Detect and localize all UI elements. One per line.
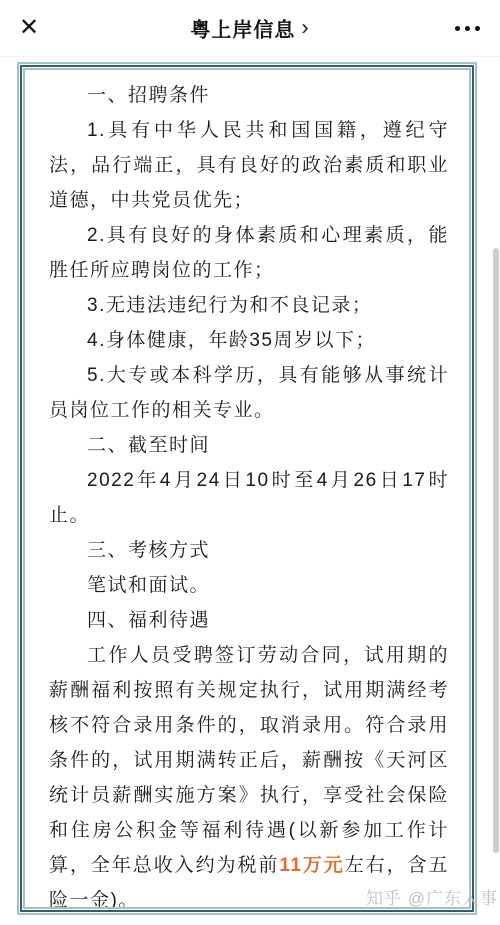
benefits-text-pre: 工作人员受聘签订劳动合同，试用期的薪酬福利按照有关规定执行，试用期满经考核不符合…: [49, 645, 449, 876]
paragraph-benefits: 工作人员受聘签订劳动合同，试用期的薪酬福利按照有关规定执行，试用期满经考核不符合…: [49, 638, 449, 909]
ellipsis-dot-icon: [455, 26, 460, 31]
paragraph-condition-3: 3.无违法违纪行为和不良记录；: [49, 288, 449, 323]
scrollbar-thumb[interactable]: [493, 248, 499, 853]
top-bar: ✕ 粤上岸信息 ›: [0, 0, 500, 57]
document-frame: 一、招聘条件 1.具有中华人民共和国国籍，遵纪守法，品行端正，具有良好的政治素质…: [17, 62, 477, 915]
section-heading-benefits: 四、福利待遇: [49, 603, 449, 638]
ellipsis-dot-icon: [465, 26, 470, 31]
section-heading-recruit-conditions: 一、招聘条件: [49, 78, 449, 113]
paragraph-condition-5: 5.大专或本科学历，具有能够从事统计员岗位工作的相关专业。: [49, 358, 449, 428]
paragraph-assessment: 笔试和面试。: [49, 568, 449, 603]
paragraph-condition-4: 4.身体健康，年龄35周岁以下；: [49, 323, 449, 358]
section-heading-deadline: 二、截至时间: [49, 428, 449, 463]
paragraph-condition-1: 1.具有中华人民共和国国籍，遵纪守法，品行端正，具有良好的政治素质和职业道德，中…: [49, 113, 449, 218]
page-title: 粤上岸信息: [190, 14, 295, 43]
document-content: 一、招聘条件 1.具有中华人民共和国国籍，遵纪守法，品行端正，具有良好的政治素质…: [23, 68, 471, 909]
close-button[interactable]: ✕: [12, 11, 46, 45]
salary-highlight: 11万元: [279, 855, 344, 876]
close-icon: ✕: [19, 16, 39, 40]
section-heading-assessment: 三、考核方式: [49, 533, 449, 568]
document-frame-mid: 一、招聘条件 1.具有中华人民共和国国籍，遵纪守法，品行端正，具有良好的政治素质…: [20, 65, 474, 912]
paragraph-deadline: 2022年4月24日10时至4月26日17时止。: [49, 463, 449, 533]
more-menu-button[interactable]: [444, 11, 490, 45]
paragraph-condition-2: 2.具有良好的身体素质和心理素质，能胜任所应聘岗位的工作；: [49, 218, 449, 288]
watermark: 知乎 @广东人事: [366, 884, 498, 909]
ellipsis-dot-icon: [475, 26, 480, 31]
article-source-link[interactable]: 粤上岸信息 ›: [190, 14, 309, 43]
chevron-right-icon: ›: [301, 16, 309, 38]
article-body: 一、招聘条件 1.具有中华人民共和国国籍，遵纪守法，品行端正，具有良好的政治素质…: [0, 57, 500, 915]
